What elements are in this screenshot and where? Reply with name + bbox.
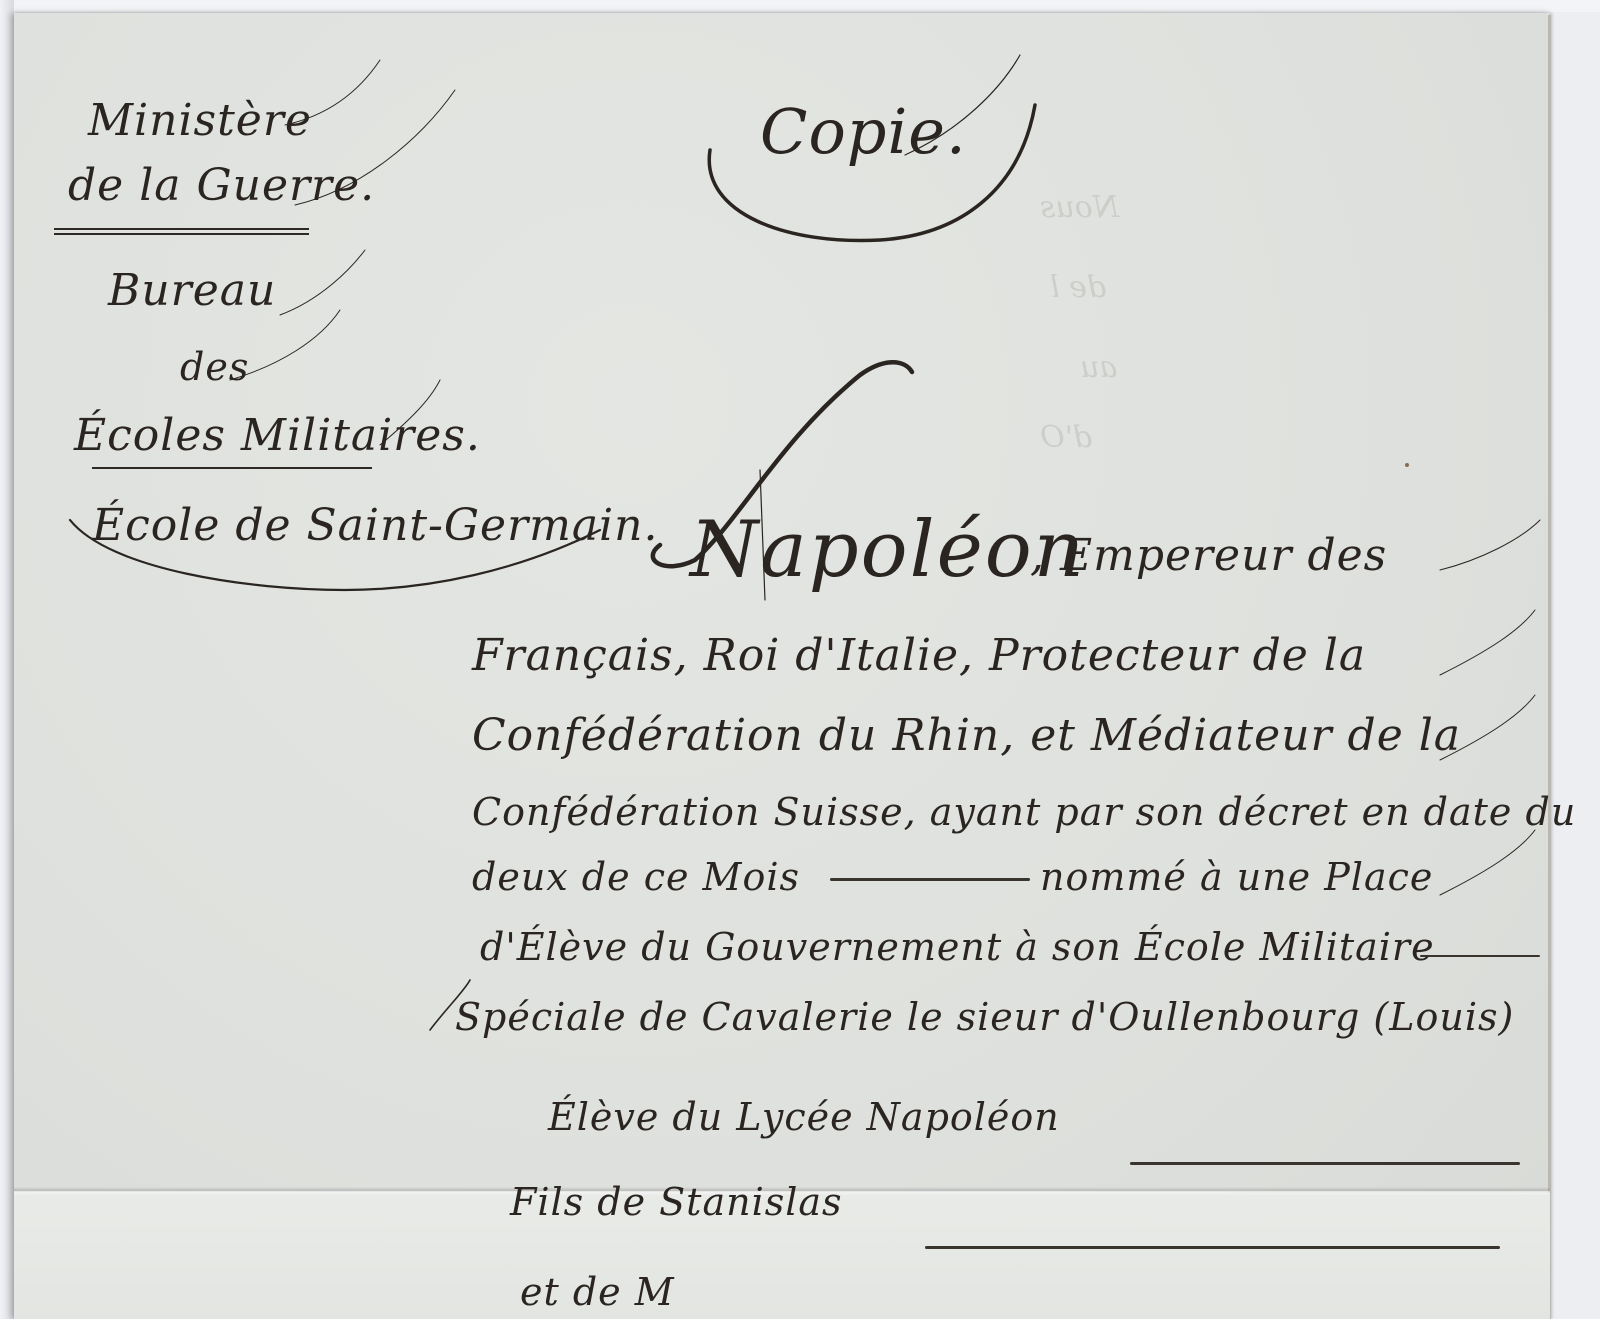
body-line-6: d'Élève du Gouvernement à son École Mili… <box>480 925 1435 969</box>
body-line-10: et de M <box>520 1270 675 1314</box>
body-line-2: Français, Roi d'Italie, Protecteur de la <box>472 630 1366 681</box>
body-line-5-end: nommé à une Place <box>1040 855 1433 899</box>
body-line-3: Confédération du Rhin, et Médiateur de l… <box>472 710 1461 761</box>
ink-speck <box>1405 463 1409 467</box>
school-label: École de Saint-Germain. <box>92 500 658 551</box>
blank-fill-line <box>1130 1162 1520 1165</box>
body-line-7: Spéciale de Cavalerie le sieur d'Oullenb… <box>455 995 1514 1039</box>
bureau-label-line2: des <box>180 345 249 389</box>
blank-fill-line <box>830 878 1030 881</box>
document-title: Copie. <box>760 95 967 168</box>
bureau-label-line1: Bureau <box>108 265 276 316</box>
blank-fill-line <box>925 1246 1500 1249</box>
bureau-label-line3: Écoles Militaires. <box>74 410 481 461</box>
ministry-label-line1: Ministère <box>88 95 312 146</box>
double-rule-bottom <box>54 233 309 235</box>
body-line-4: Confédération Suisse, ayant par son décr… <box>472 790 1576 834</box>
body-line-9: Fils de Stanislas <box>510 1180 843 1224</box>
double-rule-top <box>54 228 309 230</box>
blank-fill-line <box>1420 955 1540 957</box>
ministry-label-line2: de la Guerre. <box>68 160 375 211</box>
body-line-5-start: deux de ce Mois <box>472 855 800 899</box>
body-line-1: , Empereur des <box>1030 530 1387 581</box>
divider-rule <box>92 467 372 469</box>
emperor-name: Napoléon <box>690 505 1086 595</box>
body-line-8: Élève du Lycée Napoléon <box>548 1095 1060 1139</box>
